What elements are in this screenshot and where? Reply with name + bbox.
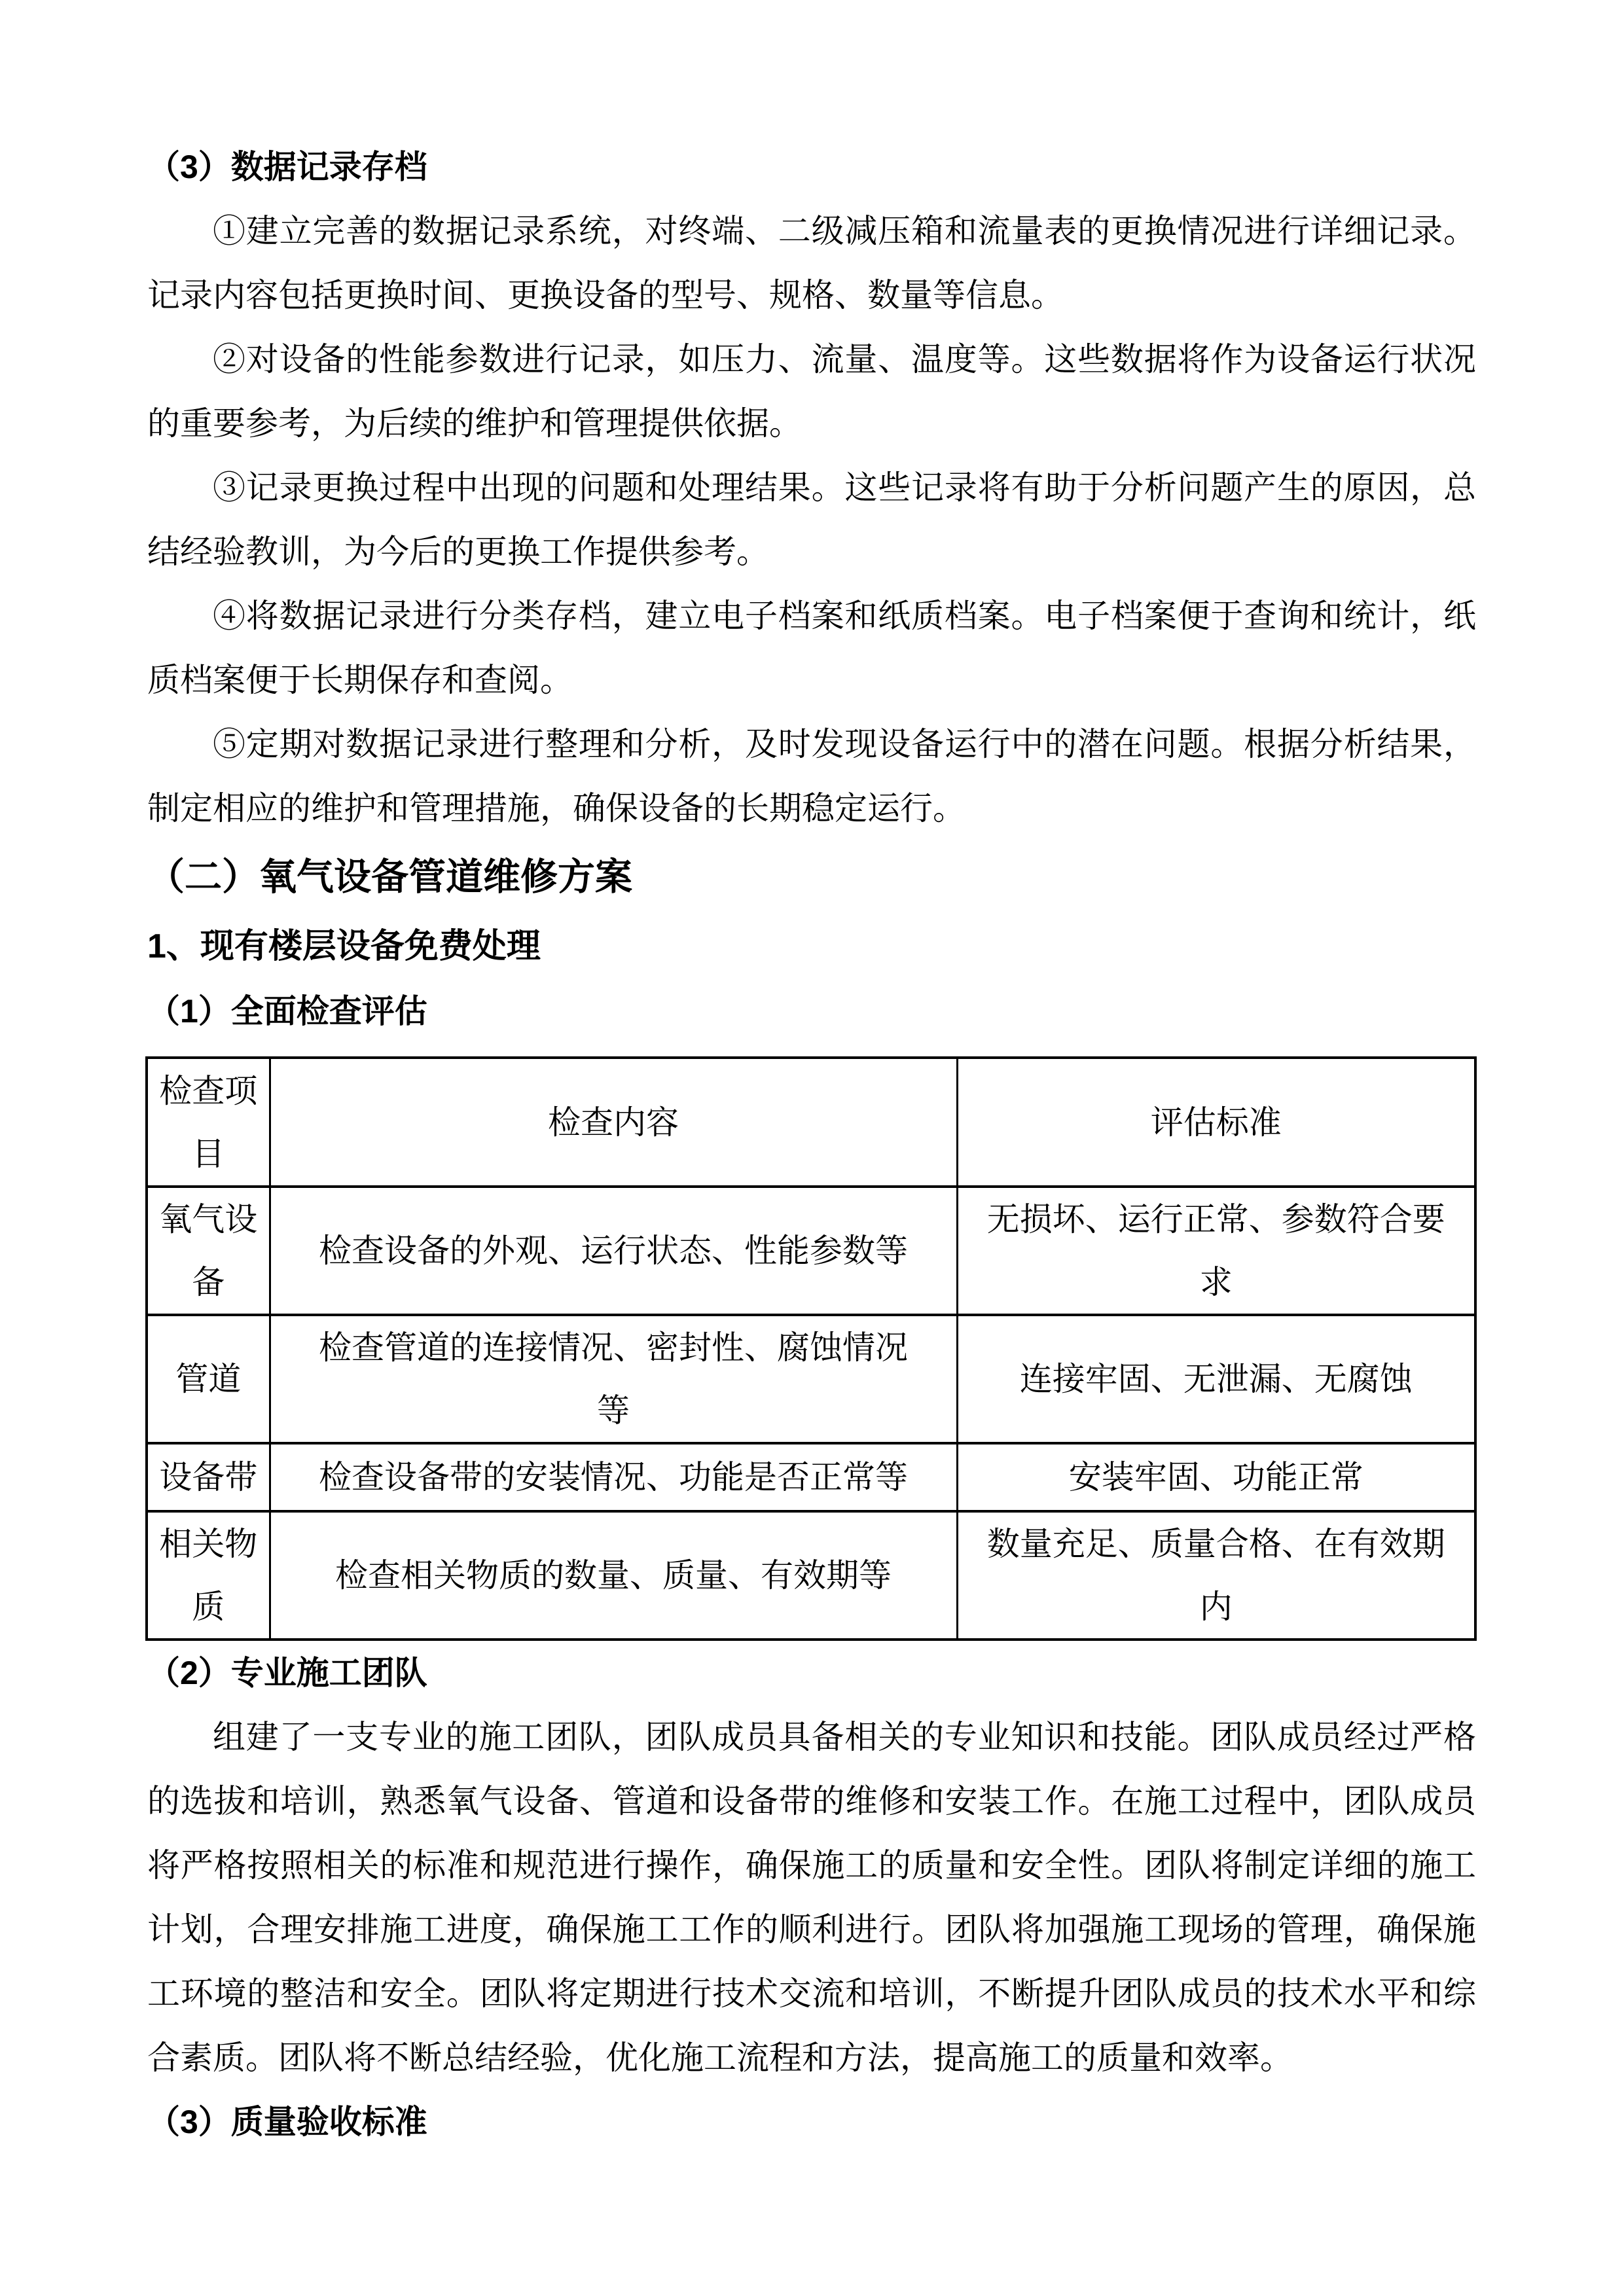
cell-inspection-content: 检查设备的外观、运行状态、性能参数等: [270, 1187, 957, 1315]
cell-evaluation-standard-line: 安装牢固、功能正常: [966, 1446, 1467, 1509]
cell-evaluation-standard-line: 内: [966, 1575, 1467, 1638]
paragraph-archive-1: ①建立完善的数据记录系统，对终端、二级减压箱和流量表的更换情况进行详细记录。记录…: [147, 199, 1476, 327]
cell-inspection-content: 检查设备带的安装情况、功能是否正常等: [270, 1443, 957, 1511]
cell-inspection-content-line: 检查相关物质的数量、质量、有效期等: [279, 1544, 948, 1607]
cell-inspection-item: 管道: [147, 1315, 270, 1443]
cell-inspection-item-line: 氧气设: [156, 1188, 261, 1251]
cell-inspection-item-line: 设备带: [156, 1446, 261, 1509]
column-header-line: 检查项: [156, 1060, 261, 1122]
cell-inspection-content-line: 检查设备带的安装情况、功能是否正常等: [279, 1446, 948, 1509]
cell-inspection-item-line: 相关物: [156, 1513, 261, 1575]
heading-existing-floor-equipment: 1、现有楼层设备免费处理: [147, 914, 1476, 979]
cell-inspection-item-line: 质: [156, 1575, 261, 1638]
cell-evaluation-standard-line: 无损坏、运行正常、参数符合要: [966, 1188, 1467, 1251]
column-header: 评估标准: [957, 1058, 1475, 1187]
cell-inspection-item: 相关物质: [147, 1511, 270, 1640]
paragraph-archive-3: ③记录更换过程中出现的问题和处理结果。这些记录将有助于分析问题产生的原因，总结经…: [147, 456, 1476, 584]
table-row: 设备带检查设备带的安装情况、功能是否正常等安装牢固、功能正常: [147, 1443, 1475, 1511]
table-row: 管道检查管道的连接情况、密封性、腐蚀情况等连接牢固、无泄漏、无腐蚀: [147, 1315, 1475, 1443]
paragraph-team: 组建了一支专业的施工团队，团队成员具备相关的专业知识和技能。团队成员经过严格的选…: [147, 1705, 1476, 2090]
cell-inspection-item: 设备带: [147, 1443, 270, 1511]
cell-inspection-content-line: 等: [279, 1379, 948, 1442]
table-row: 相关物质检查相关物质的数量、质量、有效期等数量充足、质量合格、在有效期内: [147, 1511, 1475, 1640]
cell-inspection-content-line: 检查设备的外观、运行状态、性能参数等: [279, 1219, 948, 1282]
table-header-row: 检查项目检查内容评估标准: [147, 1058, 1475, 1187]
paragraph-archive-5: ⑤定期对数据记录进行整理和分析，及时发现设备运行中的潜在问题。根据分析结果，制定…: [147, 712, 1476, 840]
cell-evaluation-standard: 无损坏、运行正常、参数符合要求: [957, 1187, 1475, 1315]
table-row: 氧气设备检查设备的外观、运行状态、性能参数等无损坏、运行正常、参数符合要求: [147, 1187, 1475, 1315]
cell-evaluation-standard-line: 连接牢固、无泄漏、无腐蚀: [966, 1348, 1467, 1410]
cell-inspection-content-line: 检查管道的连接情况、密封性、腐蚀情况: [279, 1316, 948, 1379]
heading-full-inspection: （1）全面检查评估: [147, 979, 1476, 1043]
inspection-table: 检查项目检查内容评估标准氧气设备检查设备的外观、运行状态、性能参数等无损坏、运行…: [145, 1056, 1477, 1641]
column-header-line: 目: [156, 1122, 261, 1185]
cell-evaluation-standard: 安装牢固、功能正常: [957, 1443, 1475, 1511]
cell-evaluation-standard-line: 求: [966, 1251, 1467, 1314]
cell-evaluation-standard: 数量充足、质量合格、在有效期内: [957, 1511, 1475, 1640]
paragraph-archive-4: ④将数据记录进行分类存档，建立电子档案和纸质档案。电子档案便于查询和统计，纸质档…: [147, 584, 1476, 712]
column-header-line: 检查内容: [279, 1091, 948, 1154]
column-header: 检查内容: [270, 1058, 957, 1187]
heading-construction-team: （2）专业施工团队: [147, 1641, 1476, 1705]
cell-inspection-content: 检查相关物质的数量、质量、有效期等: [270, 1511, 957, 1640]
column-header: 检查项目: [147, 1058, 270, 1187]
paragraph-archive-2: ②对设备的性能参数进行记录，如压力、流量、温度等。这些数据将作为设备运行状况的重…: [147, 327, 1476, 456]
cell-inspection-item-line: 备: [156, 1251, 261, 1314]
column-header-line: 评估标准: [966, 1091, 1467, 1154]
cell-inspection-item: 氧气设备: [147, 1187, 270, 1315]
cell-inspection-content: 检查管道的连接情况、密封性、腐蚀情况等: [270, 1315, 957, 1443]
inspection-table-body: 检查项目检查内容评估标准氧气设备检查设备的外观、运行状态、性能参数等无损坏、运行…: [147, 1058, 1475, 1640]
cell-inspection-item-line: 管道: [156, 1348, 261, 1410]
heading-data-record-archive: （3）数据记录存档: [147, 135, 1476, 199]
cell-evaluation-standard-line: 数量充足、质量合格、在有效期: [966, 1513, 1467, 1575]
document-page: （3）数据记录存档 ①建立完善的数据记录系统，对终端、二级减压箱和流量表的更换情…: [0, 0, 1624, 2296]
heading-section-oxygen-pipeline-plan: （二）氧气设备管道维修方案: [147, 840, 1476, 914]
heading-quality-acceptance: （3）质量验收标准: [147, 2090, 1476, 2154]
cell-evaluation-standard: 连接牢固、无泄漏、无腐蚀: [957, 1315, 1475, 1443]
